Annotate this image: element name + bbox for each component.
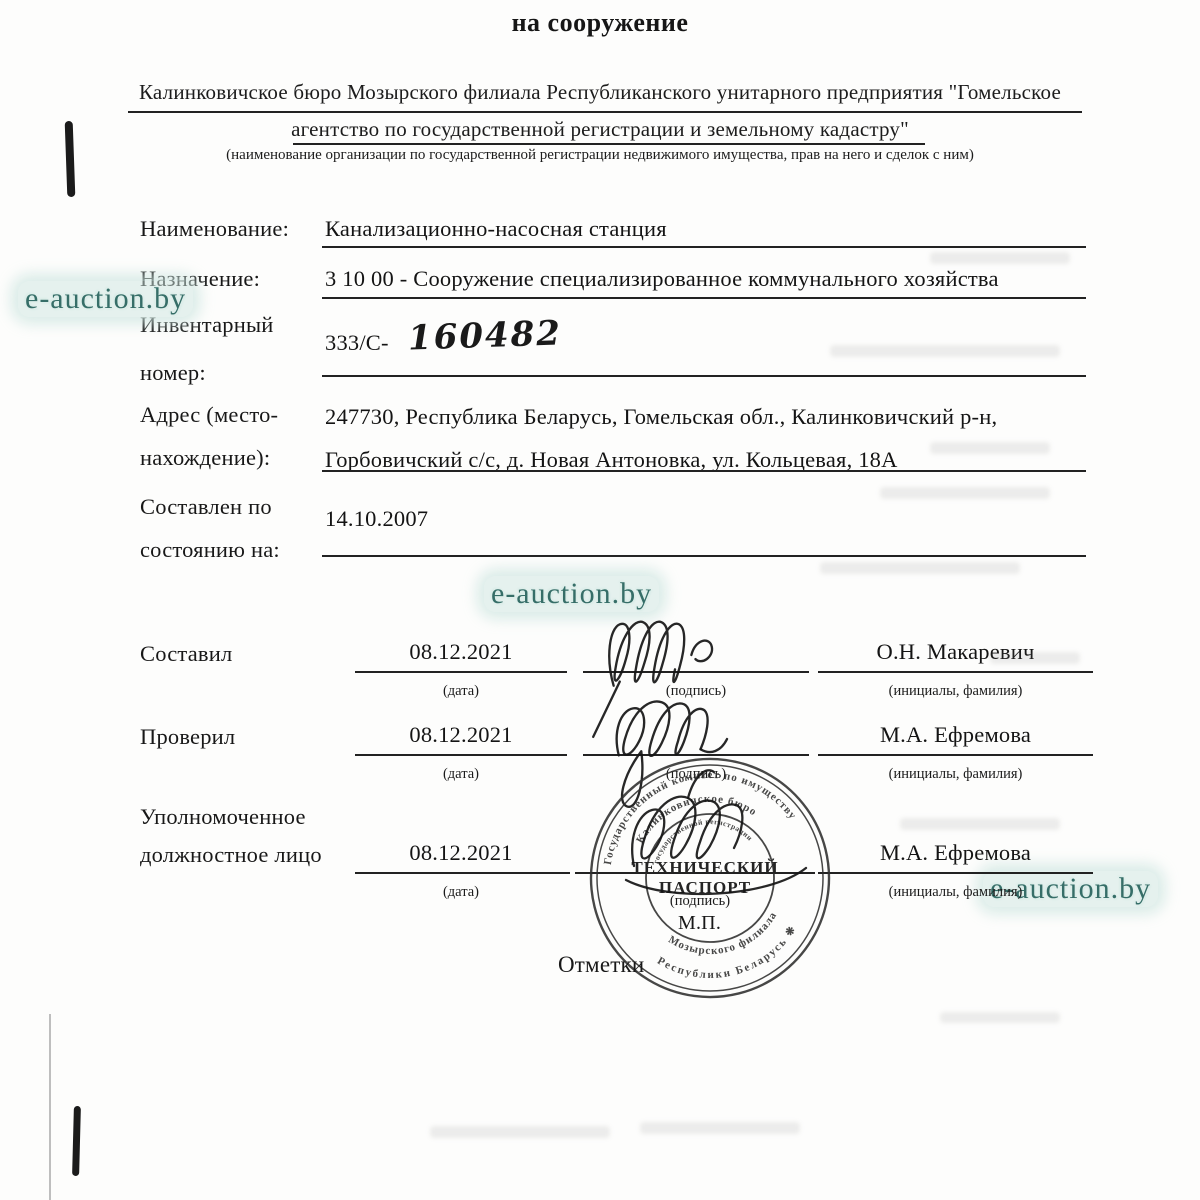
scan-smudge [930, 252, 1070, 264]
field-inventory-underline [322, 375, 1086, 377]
signature-row3-name: М.А. Ефремова [818, 840, 1093, 866]
scan-smudge [430, 1126, 610, 1138]
org-underline-1 [128, 111, 1082, 113]
watermark-left: e-auction.by [18, 281, 193, 317]
scan-edge-line [49, 1014, 51, 1200]
scanned-document-page: на сооружение Калинковичское бюро Мозырс… [0, 0, 1200, 1200]
watermark-center: e-auction.by [484, 576, 659, 612]
field-purpose-value: 3 10 00 - Сооружение специализированное … [325, 266, 999, 292]
org-underline-2 [293, 143, 925, 145]
signature-row1-role: Составил [140, 641, 232, 667]
field-purpose-underline [322, 297, 1086, 299]
signature-row3-role-line2: должностное лицо [140, 842, 322, 868]
field-asof-value: 14.10.2007 [325, 506, 428, 532]
org-caption: (наименование организации по государстве… [0, 147, 1200, 164]
scan-smudge [820, 562, 1020, 574]
field-address-underline [322, 470, 1086, 472]
signature-row1-date: 08.12.2021 [355, 639, 567, 665]
field-asof-label-line1: Составлен по [140, 494, 272, 520]
signature-row3-role-line1: Уполномоченное [140, 804, 306, 830]
scan-smudge [880, 487, 1050, 499]
signature-row2-date-caption: (дата) [355, 766, 567, 783]
signature-row2-date-line [355, 754, 567, 756]
signature-row2-date: 08.12.2021 [355, 722, 567, 748]
signature-row1-name-caption: (инициалы, фамилия) [818, 683, 1093, 700]
signature-row2-role: Проверил [140, 724, 235, 750]
page-title: на сооружение [0, 8, 1200, 38]
field-asof-label-line2: состоянию на: [140, 537, 280, 563]
scan-smudge [900, 818, 1060, 830]
signature-row3-name-caption: (инициалы, фамилия) [818, 884, 1093, 901]
field-address-value-line1: 247730, Республика Беларусь, Гомельская … [325, 404, 997, 430]
marks-heading: Отметки [558, 952, 644, 978]
field-name-value: Канализационно-насосная станция [325, 216, 667, 242]
field-inventory-prefix: 333/С- [325, 330, 389, 356]
signature-row2-name-line [818, 754, 1093, 756]
field-name-underline [322, 246, 1086, 248]
scan-smudge [830, 345, 1060, 357]
signature-row3-date-caption: (дата) [355, 884, 567, 901]
field-address-label-line2: нахождение): [140, 445, 270, 471]
signature-row2-name: М.А. Ефремова [818, 722, 1093, 748]
field-inventory-handwritten-number: 160482 [407, 313, 562, 358]
field-inventory-label-line2: номер: [140, 360, 206, 386]
signature-row1-date-line [355, 671, 567, 673]
signature-row1-date-caption: (дата) [355, 683, 567, 700]
field-address-label-line1: Адрес (место- [140, 402, 278, 428]
signature-row3-date-line [355, 872, 570, 874]
binding-mark-bottom [72, 1106, 81, 1176]
field-name-label: Наименование: [140, 216, 289, 242]
org-name-line2: агентство по государственной регистрации… [0, 117, 1200, 142]
signature-row2-name-caption: (инициалы, фамилия) [818, 766, 1093, 783]
signature-row3-date: 08.12.2021 [355, 840, 567, 866]
signature-row3-name-line [818, 872, 1093, 874]
signature-row1-name-line [818, 671, 1093, 673]
scan-smudge [930, 442, 1050, 454]
signature-scribble-row3 [598, 762, 838, 952]
org-name-line1: Калинковичское бюро Мозырского филиала Р… [0, 80, 1200, 105]
scan-smudge [640, 1122, 800, 1134]
field-asof-underline [322, 555, 1086, 557]
scan-smudge [940, 1012, 1060, 1023]
scan-smudge [990, 652, 1080, 664]
